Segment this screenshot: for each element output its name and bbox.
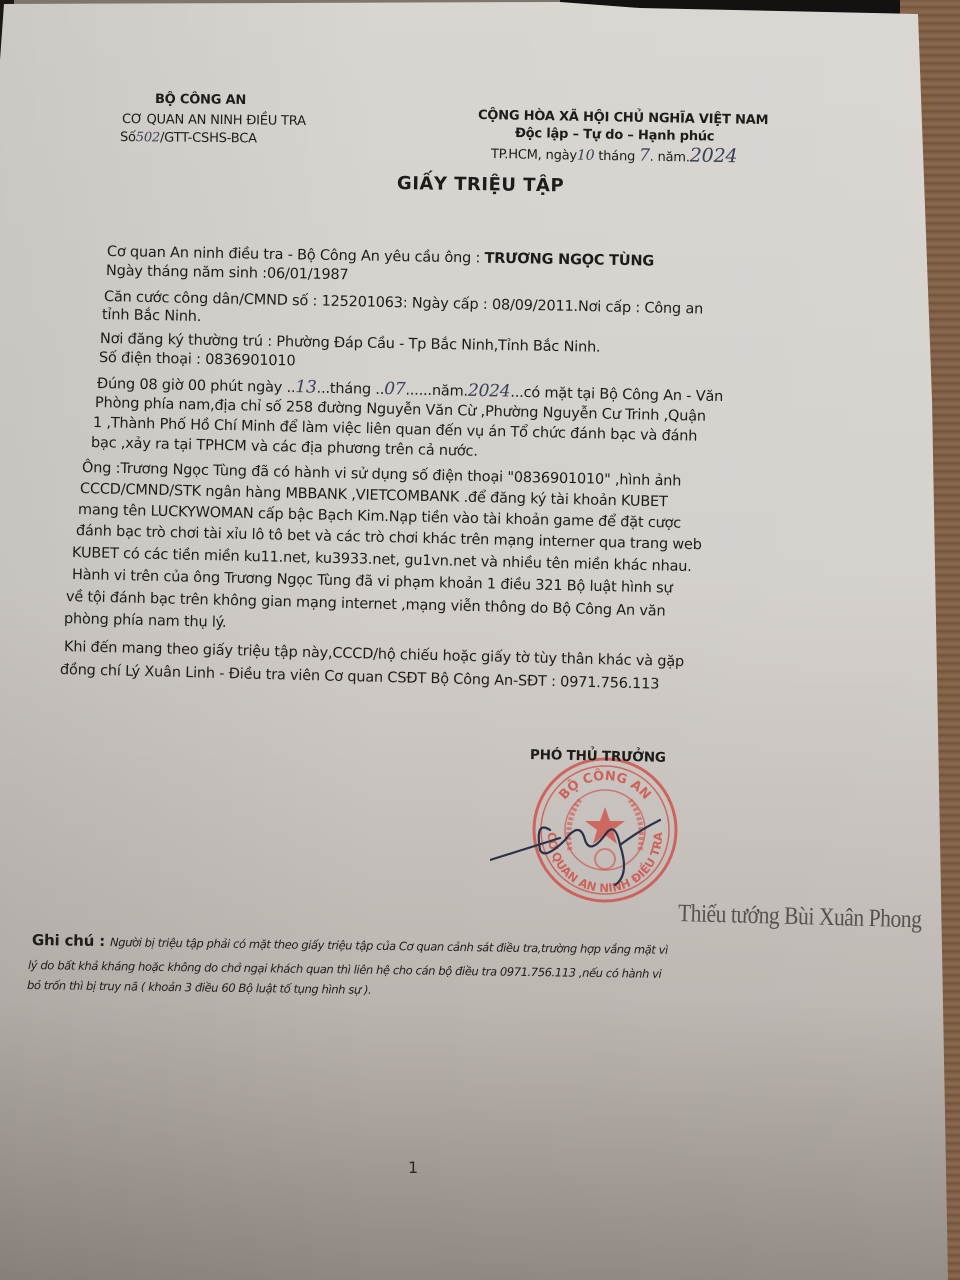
- handwritten-month: 07: [384, 379, 406, 399]
- note-label: Ghi chú :: [32, 931, 110, 950]
- document-title: GIẤY TRIỆU TẬP: [397, 175, 564, 195]
- handwritten-signature-icon: [490, 800, 690, 890]
- note-line-3: bỏ trốn thì bị truy nã ( khoản 3 điều 60…: [27, 976, 372, 999]
- signer-name: Thiếu tướng Bùi Xuân Phong: [678, 900, 922, 934]
- note-line-1: Ghi chú : Người bị triệu tập phải có mặt…: [32, 931, 668, 959]
- paragraph-2-line: phòng phía nam thụ lý.: [64, 610, 227, 632]
- place-and-date: TP.HCM, ngày10 tháng 7. năm.2024: [491, 143, 738, 168]
- person-name: TRƯƠNG NGỌC TÙNG: [484, 251, 654, 270]
- position-title: PHÓ THỦ TRƯỞNG: [530, 746, 666, 767]
- phone-number: Số điện thoại : 0836901010: [99, 349, 296, 370]
- handwritten-year: 2024: [468, 381, 511, 402]
- handwritten-doc-number: 502: [136, 130, 160, 145]
- date-of-birth: Ngày tháng năm sinh :06/01/1987: [106, 262, 349, 284]
- summons-document: BỘ CÔNG AN CƠ QUAN AN NINH ĐIỀU TRA Số50…: [0, 0, 960, 1280]
- agency-name: CƠ QUAN AN NINH ĐIỀU TRA: [122, 111, 306, 131]
- document-number: Số502/GTT-CSHS-BCA: [120, 129, 257, 148]
- id-card-line-2: tỉnh Bắc Ninh.: [102, 306, 202, 326]
- handwritten-day: 13: [295, 377, 317, 397]
- ministry-name: BỘ CÔNG AN: [155, 91, 246, 110]
- page-number: 1: [408, 1158, 418, 1177]
- svg-text:BỘ CÔNG AN: BỘ CÔNG AN: [556, 768, 653, 803]
